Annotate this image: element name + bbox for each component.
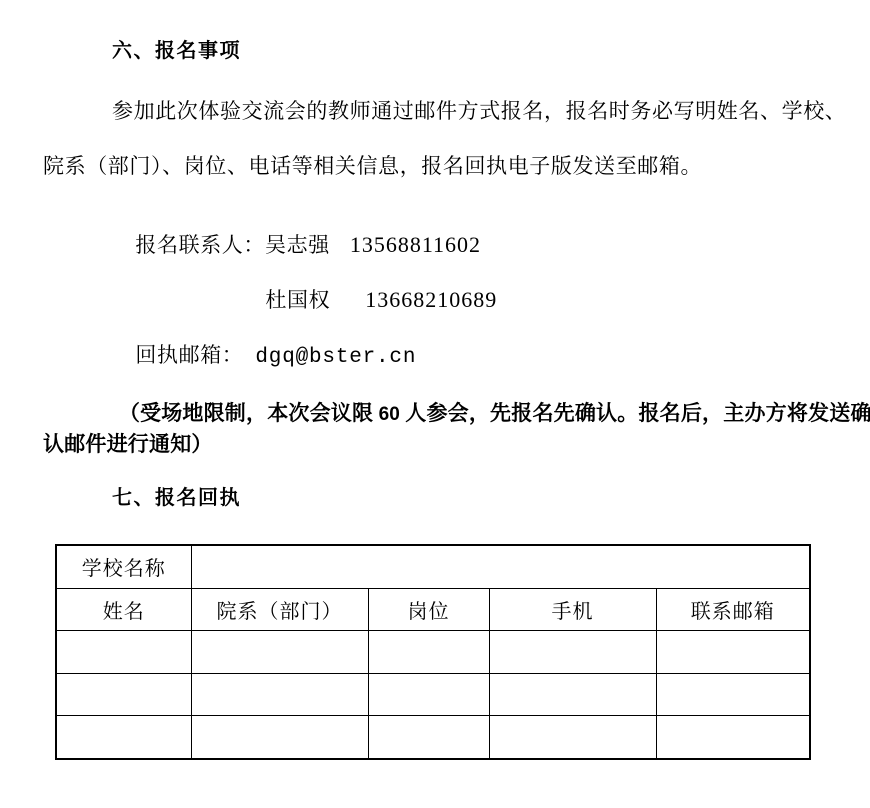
empty-cell — [56, 630, 191, 673]
note-line-1: （受场地限制，本次会议限 60 人参会，先报名先确认。报名后，主办方将发送确 — [97, 377, 870, 451]
table-row — [56, 673, 810, 715]
contact2-name: 杜国权 — [265, 288, 330, 312]
table-row — [56, 715, 810, 759]
empty-cell — [368, 630, 489, 673]
header-cell-department: 院系（部门） — [191, 588, 368, 630]
empty-cell — [368, 673, 489, 715]
empty-cell — [656, 673, 810, 715]
contact1-name: 吴志强 — [265, 233, 330, 257]
contact1-phone: 13568811602 — [350, 232, 481, 257]
note-capacity-number: 60 — [379, 404, 400, 425]
section7-heading: 七、报名回执 — [112, 486, 241, 510]
note-text-post: 人参会，先报名先确认。报名后，主办方将发送确 — [400, 401, 870, 425]
empty-cell — [368, 715, 489, 759]
contact2-phone: 13668210689 — [365, 287, 497, 312]
empty-cell — [191, 715, 368, 759]
empty-cell — [656, 715, 810, 759]
header-cell-mobile: 手机 — [489, 588, 656, 630]
reply-email-address: dgq@bster.cn — [255, 346, 416, 369]
empty-cell — [656, 630, 810, 673]
paragraph-line-1: 参加此次体验交流会的教师通过邮件方式报名，报名时务必写明姓名、学校、 — [112, 99, 846, 123]
contact-label: 报名联系人： — [135, 233, 265, 257]
note-text-pre: （受场地限制，本次会议限 — [119, 401, 379, 425]
header-cell-name: 姓名 — [56, 588, 191, 630]
header-cell-position: 岗位 — [368, 588, 489, 630]
school-name-value-cell — [191, 545, 810, 588]
empty-cell — [191, 673, 368, 715]
empty-cell — [489, 630, 656, 673]
reply-email-label: 回执邮箱： — [135, 343, 243, 367]
document-page: 六、报名事项 参加此次体验交流会的教师通过邮件方式报名，报名时务必写明姓名、学校… — [0, 0, 870, 808]
note-line-2: 认邮件进行通知） — [43, 432, 213, 456]
section6-heading: 六、报名事项 — [112, 39, 241, 63]
empty-cell — [191, 630, 368, 673]
table-header-row: 姓名 院系（部门） 岗位 手机 联系邮箱 — [56, 588, 810, 630]
paragraph-line-2: 院系（部门）、岗位、电话等相关信息，报名回执电子版发送至邮箱。 — [43, 154, 702, 178]
school-name-label-cell: 学校名称 — [56, 545, 191, 588]
empty-cell — [489, 715, 656, 759]
empty-cell — [56, 673, 191, 715]
empty-cell — [489, 673, 656, 715]
empty-cell — [56, 715, 191, 759]
header-cell-email: 联系邮箱 — [656, 588, 810, 630]
registration-table: 学校名称 姓名 院系（部门） 岗位 手机 联系邮箱 — [55, 544, 811, 760]
table-row — [56, 630, 810, 673]
table-row-school: 学校名称 — [56, 545, 810, 588]
